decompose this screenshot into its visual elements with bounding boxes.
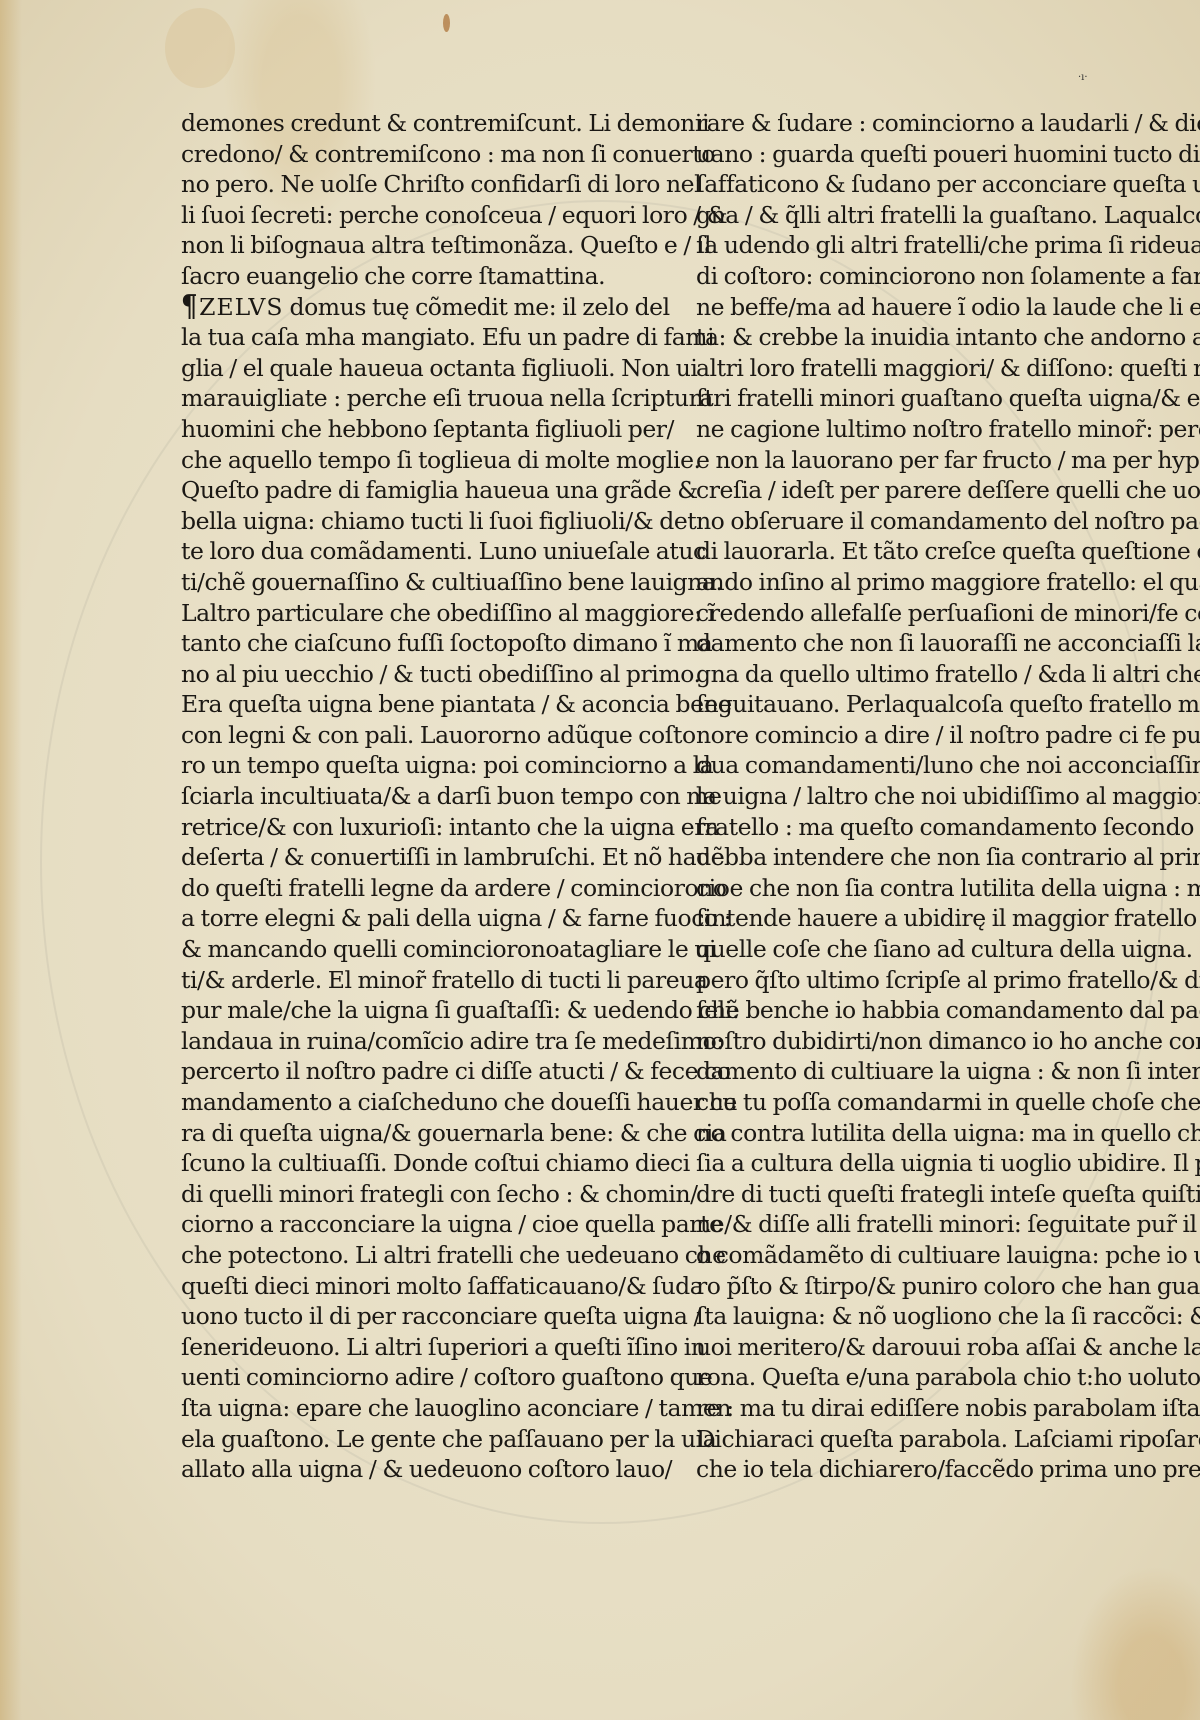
text-line: percerto il noſtro padre ci diſſe atucti… — [181, 1056, 606, 1087]
text-line: ra di queſta uigna/& gouernarla bene: & … — [181, 1118, 606, 1149]
text-line: Queſto padre di famiglia haueua una grãd… — [181, 475, 606, 506]
text-line: nore comincio a dire / il noſtro padre c… — [696, 720, 1156, 751]
text-line: ſa udendo gli altri fratelli/che prima ſ… — [696, 230, 1156, 261]
text-line: di coſtoro: cominciorono non ſolamente a… — [696, 261, 1156, 292]
text-line: debba intendere che non ſia contrario al… — [696, 842, 1156, 873]
text-line: queſti dieci minori molto ſaffaticauano/… — [181, 1271, 606, 1302]
text-line: ſenerideuono. Li altri ſuperiori a queſt… — [181, 1332, 606, 1363]
text-line: retrice/& con luxurioſi: intanto che la … — [181, 812, 606, 843]
text-line: di quelli minori frategli con ſecho : & … — [181, 1179, 606, 1210]
line-text: domus tuę cõmedit me: il zelo del — [283, 293, 669, 321]
initial-paragraph-line: ¶ZELVS domus tuę cõmedit me: il zelo del — [181, 292, 606, 323]
text-line: ſta uigna: epare che lauoglino aconciare… — [181, 1393, 606, 1424]
text-line: con legni & con pali. Lauororno adũque c… — [181, 720, 606, 751]
text-line: ne beffe/ma ad hauere ĩ odio la laude ch… — [696, 292, 1156, 323]
pilcrow-mark: ¶ — [181, 289, 197, 324]
text-line: bella uigna: chiamo tucti li ſuoi figliu… — [181, 506, 606, 537]
text-line: ti/chẽ gouernaſſino & cultiuaſſino bene … — [181, 567, 606, 598]
text-line: altri loro fratelli maggiori/ & diſſono:… — [696, 353, 1156, 384]
text-line: ſacro euangelio che corre ſtamattina. — [181, 261, 606, 292]
text-line: & mancando quelli comincioronoatagliare … — [181, 934, 606, 965]
text-line: rare & ſudare : cominciorno a laudarli /… — [696, 108, 1156, 139]
text-line: huomini che hebbono ſeptanta figliuoli p… — [181, 414, 606, 445]
text-line: no obſeruare il comandamento del noſtro … — [696, 506, 1156, 537]
text-line: gna / & q̃lli altri fratelli la guaſtano… — [696, 200, 1156, 231]
text-line: ſtri fratelli minori guaſtano queſta uig… — [696, 383, 1156, 414]
initial-letter: Z — [199, 293, 216, 321]
text-line: la uigna / laltro che noi ubidiſſimo al … — [696, 781, 1156, 812]
text-line: ti/& arderle. El minor̃ fratello di tuct… — [181, 965, 606, 996]
text-line: no contra lutilita della uigna: ma in qu… — [696, 1118, 1156, 1149]
text-line: ſeli: benche io habbia comandamento dal … — [696, 995, 1156, 1026]
text-line: li ſuoi ſecreti: perche conoſceua / equo… — [181, 200, 606, 231]
text-line: ſta lauigna: & nõ uogliono che la ſi rac… — [696, 1301, 1156, 1332]
text-line: deſerta / & conuertiſſi in lambruſchi. E… — [181, 842, 606, 873]
right-text-column: rare & ſudare : cominciorno a laudarli /… — [696, 108, 1156, 1485]
text-line: rona. Queſta e/una parabola chio t:ho uo… — [696, 1362, 1156, 1393]
text-line: che aquello tempo ſi toglieua di molte m… — [181, 445, 606, 476]
paper-stain — [443, 14, 450, 32]
text-line: ciorno a racconciare la uigna / cioe que… — [181, 1209, 606, 1240]
paper-stain — [165, 8, 235, 88]
text-line: creſia / ideſt per parere deſſere quelli… — [696, 475, 1156, 506]
text-line: credono/ & contremiſcono : ma non ſi con… — [181, 139, 606, 170]
text-line: dre di tucti queſti frategli inteſe queſ… — [696, 1179, 1156, 1210]
text-line: Dichiaraci queſta parabola. Laſciami rip… — [696, 1424, 1156, 1455]
text-line: quelle coſe che ſiano ad cultura della u… — [696, 934, 1156, 965]
text-line: e non la lauorano per far fructo / ma pe… — [696, 445, 1156, 476]
text-line: che potectono. Li altri fratelli che ued… — [181, 1240, 606, 1271]
text-line: ne/& diſſe alli fratelli minori: ſeguita… — [696, 1209, 1156, 1240]
text-line: fratello : ma queſto comandamento ſecond… — [696, 812, 1156, 843]
text-line: uoi meritero/& darouui roba aſſai & anch… — [696, 1332, 1156, 1363]
text-line: damento che non ſi lauoraſſi ne acconcia… — [696, 628, 1156, 659]
text-line: di lauorarla. Et tãto creſce queſta queſ… — [696, 536, 1156, 567]
text-line: te loro dua comãdamenti. Luno uniueſale … — [181, 536, 606, 567]
text-line: che tu poſſa comandarmi in quelle choſe … — [696, 1087, 1156, 1118]
text-line: ro un tempo queſta uigna: poi cominciorn… — [181, 750, 606, 781]
text-line: noſtro dubidirti/non dimanco io ho anche… — [696, 1026, 1156, 1057]
text-line: a torre elegni & pali della uigna / & fa… — [181, 903, 606, 934]
text-line: mandamento a ciaſcheduno che doueſſi hau… — [181, 1087, 606, 1118]
text-line: damento di cultiuare la uigna : & non ſi… — [696, 1056, 1156, 1087]
text-line: la tua caſa mha mangiato. Efu un padre d… — [181, 322, 606, 353]
text-line: marauigliate : perche eſi truoua nella ſ… — [181, 383, 606, 414]
text-line: uono tucto il di per racconciare queſta … — [181, 1301, 606, 1332]
text-line: no pero. Ne uolſe Chriſto confidarſi di … — [181, 169, 606, 200]
text-line: credendo allefalſe perſuaſioni de minori… — [696, 598, 1156, 629]
manuscript-page: ·ı· demones credunt & contremiſcunt. Li … — [0, 0, 1200, 1720]
text-line: o comãdamẽto di cultiuare lauigna: pche … — [696, 1240, 1156, 1271]
text-line: uano : guarda queſti poueri huomini tuct… — [696, 139, 1156, 170]
text-line: che io tela dichiarero/faccẽdo prima uno… — [696, 1454, 1156, 1485]
text-line: ſcuno la cultiuaſſi. Donde coſtui chiamo… — [181, 1148, 606, 1179]
text-line: uenti cominciorno adire / coſtoro guaſto… — [181, 1362, 606, 1393]
text-line: ſintende hauere a ubidirę il maggior fra… — [696, 903, 1156, 934]
text-line: ſeguitauano. Perlaqualcoſa queſto fratel… — [696, 689, 1156, 720]
text-line: do queſti fratelli legne da ardere / com… — [181, 873, 606, 904]
text-line: re : ma tu dirai ediſſere nobis parabola… — [696, 1393, 1156, 1424]
text-line: non li biſognaua altra teſtimonãza. Queſ… — [181, 230, 606, 261]
text-line: pero q̃ſto ultimo ſcripſe al primo frate… — [696, 965, 1156, 996]
text-line: ſia a cultura della uignia ti uoglio ubi… — [696, 1148, 1156, 1179]
text-line: glia / el quale haueua octanta figliuoli… — [181, 353, 606, 384]
text-line: Laltro particulare che obediſſino al mag… — [181, 598, 606, 629]
text-line: ela guaſtono. Le gente che paſſauano per… — [181, 1424, 606, 1455]
text-line: tanto che ciaſcuno fuſſi ſoctopoſto dima… — [181, 628, 606, 659]
text-line: ro p̃ſto & ſtirpo/& puniro coloro che ha… — [696, 1271, 1156, 1302]
text-line: landaua in ruina/comĩcio adire tra ſe me… — [181, 1026, 606, 1057]
corner-mark: ·ı· — [1078, 72, 1088, 83]
text-line: Era queſta uigna bene piantata / & aconc… — [181, 689, 606, 720]
text-line: allato alla uigna / & uedeuono coſtoro l… — [181, 1454, 606, 1485]
small-caps-text: ELVS — [216, 293, 283, 321]
text-line: cioe che non ſia contra lutilita della u… — [696, 873, 1156, 904]
text-line: dua comandamenti/luno che noi acconciaſſ… — [696, 750, 1156, 781]
text-line: demones credunt & contremiſcunt. Li demo… — [181, 108, 606, 139]
text-line: ta: & crebbe la inuidia intanto che ando… — [696, 322, 1156, 353]
text-line: ſciarla incultiuata/& a darſi buon tempo… — [181, 781, 606, 812]
text-line: no al piu uecchio / & tucti obediſſino a… — [181, 659, 606, 690]
text-line: ſaffaticono & ſudano per acconciare queſ… — [696, 169, 1156, 200]
text-line: ne cagione lultimo noſtro fratello minor… — [696, 414, 1156, 445]
text-line: gna da quello ultimo fratello / &da li a… — [696, 659, 1156, 690]
text-line: ando inſino al primo maggiore fratello: … — [696, 567, 1156, 598]
text-line: pur male/che la uigna ſi guaſtaſſi: & ue… — [181, 995, 606, 1026]
left-text-column: demones credunt & contremiſcunt. Li demo… — [181, 108, 606, 1485]
